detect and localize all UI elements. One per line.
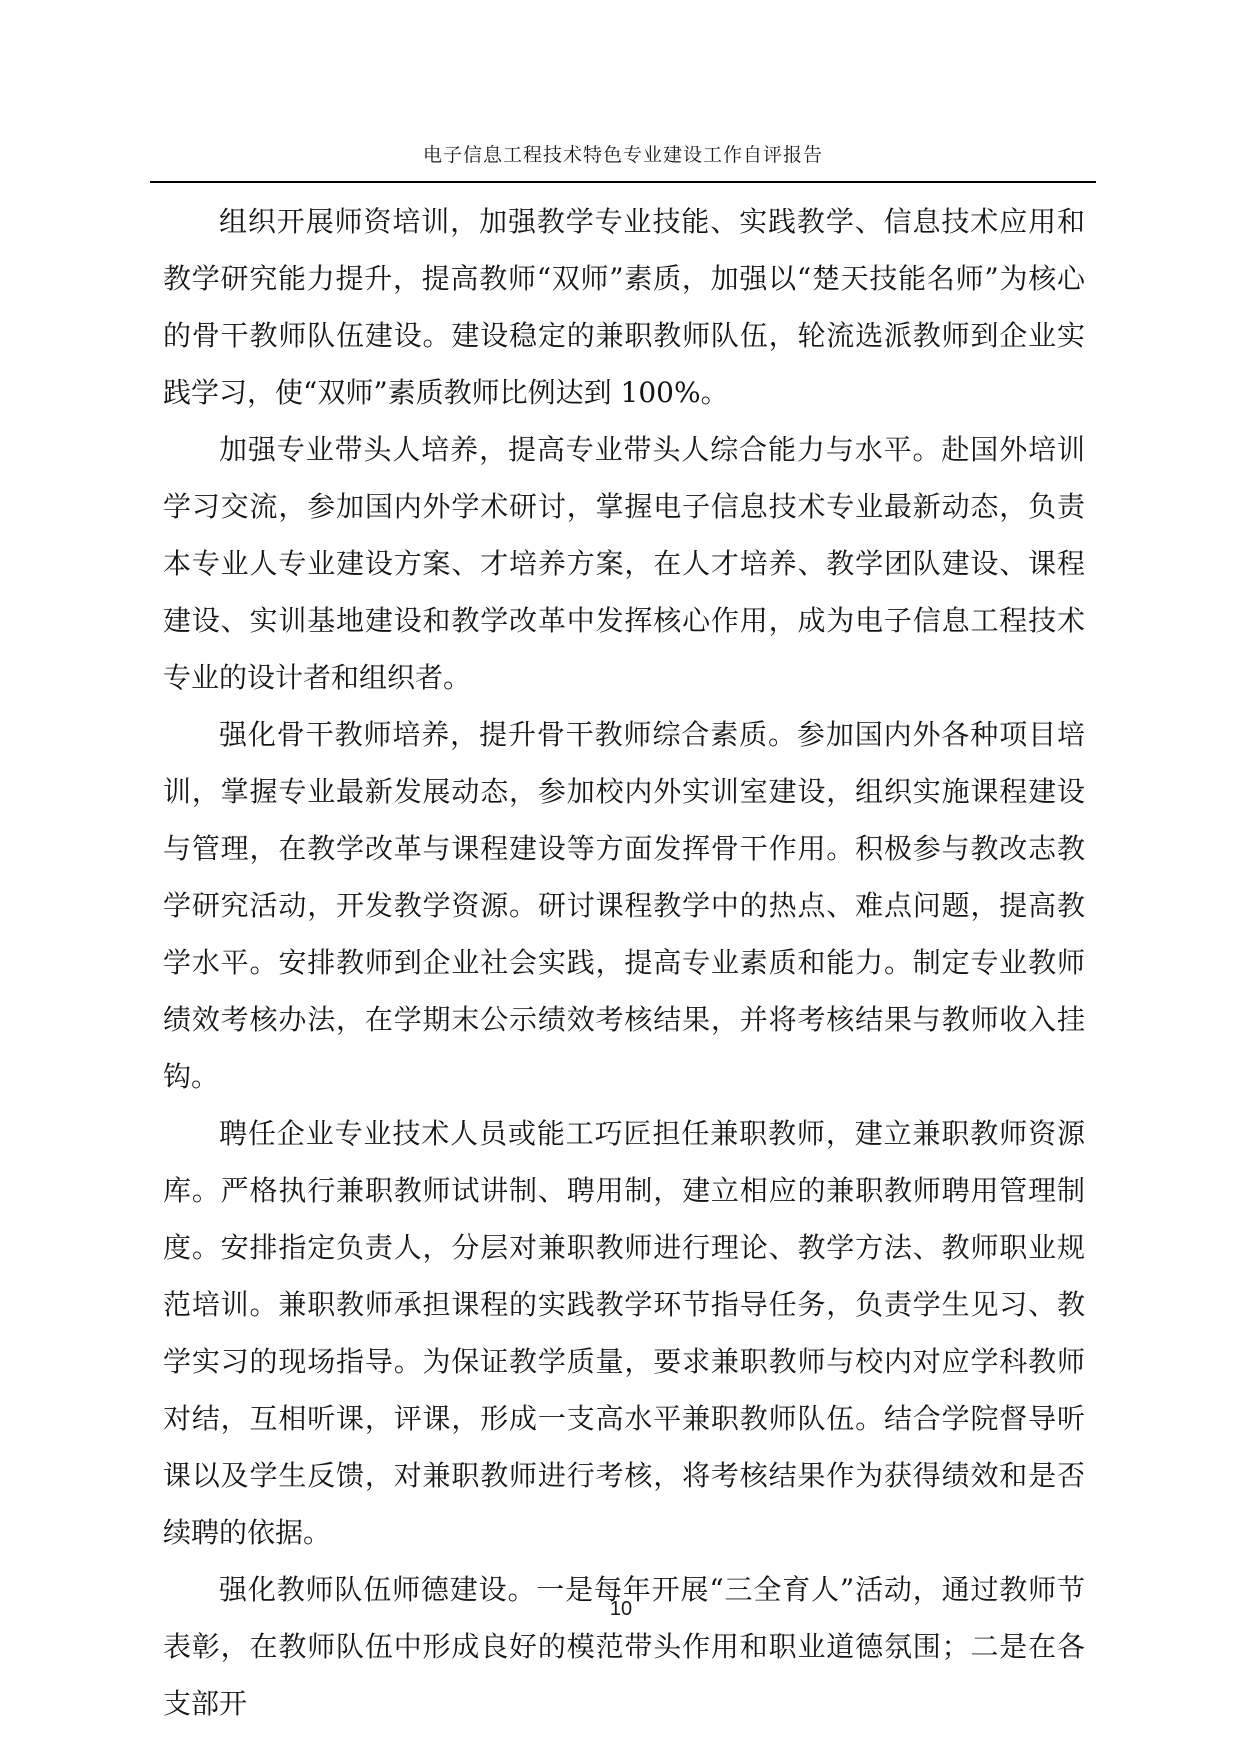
body-paragraph: 组织开展师资培训，加强教学专业技能、实践教学、信息技术应用和教学研究能力提升，提… (163, 193, 1085, 421)
body-paragraph: 聘任企业专业技术人员或能工巧匠担任兼职教师，建立兼职教师资源库。严格执行兼职教师… (163, 1105, 1085, 1561)
page-header: 电子信息工程技术特色专业建设工作自评报告 (162, 140, 1084, 167)
header-divider (150, 181, 1096, 183)
body-paragraph: 强化骨干教师培养，提升骨干教师综合素质。参加国内外各种项目培训，掌握专业最新发展… (163, 706, 1085, 1105)
body-paragraph: 强化教师队伍师德建设。一是每年开展“三全育人”活动，通过教师节表彰，在教师队伍中… (163, 1561, 1085, 1732)
document-body: 组织开展师资培训，加强教学专业技能、实践教学、信息技术应用和教学研究能力提升，提… (163, 193, 1085, 1732)
page-number: 10 (610, 1598, 632, 1620)
page-header-title: 电子信息工程技术特色专业建设工作自评报告 (423, 144, 823, 166)
body-paragraph: 加强专业带头人培养，提高专业带头人综合能力与水平。赴国外培训学习交流，参加国内外… (163, 421, 1085, 706)
document-page: 电子信息工程技术特色专业建设工作自评报告 组织开展师资培训，加强教学专业技能、实… (0, 0, 1242, 1755)
page-footer: 10 (0, 1598, 1242, 1621)
